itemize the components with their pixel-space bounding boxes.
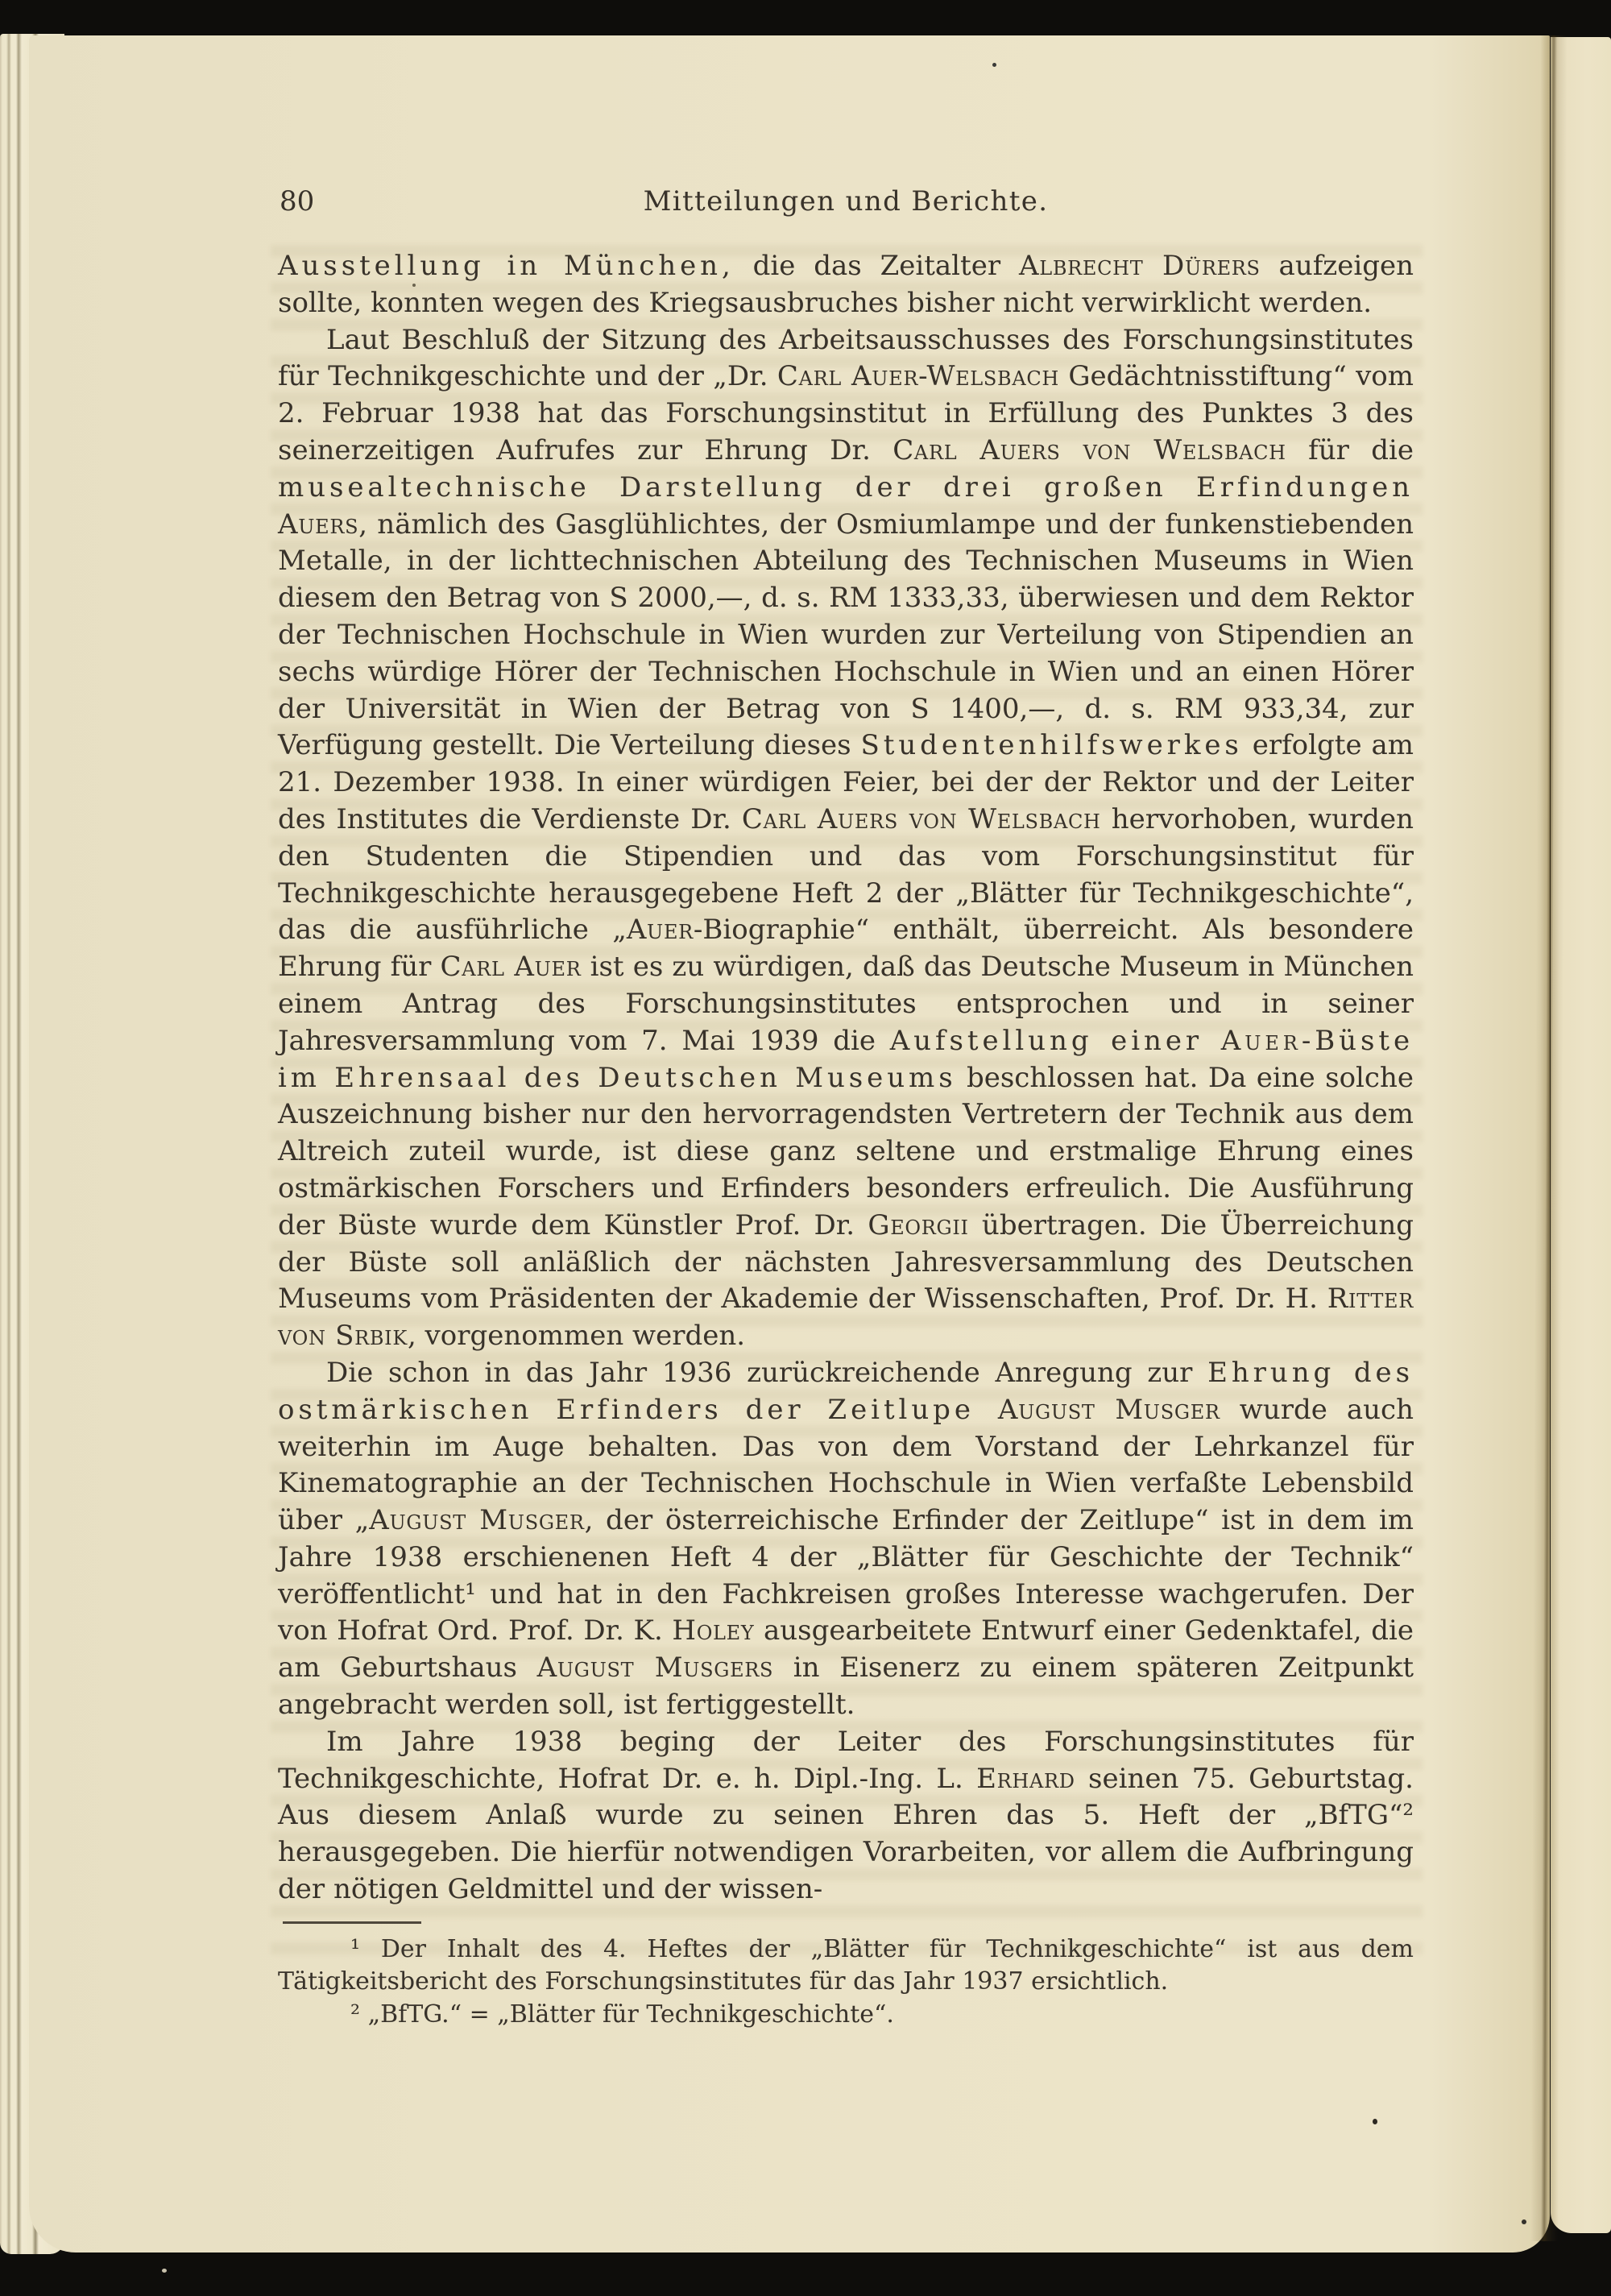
text-segment: Georgii bbox=[868, 1209, 968, 1241]
adjacent-page bbox=[1551, 37, 1611, 2233]
text-segment: August Musgers bbox=[537, 1652, 774, 1684]
text-segment: musealtechnische Darstellung der drei gr… bbox=[278, 471, 1414, 504]
text-segment: Erhard bbox=[976, 1763, 1075, 1795]
text-segment: Holey bbox=[672, 1614, 754, 1647]
text-segment: Albrecht Dürers bbox=[1019, 250, 1261, 282]
text-segment: für die bbox=[1286, 434, 1414, 466]
text-segment: Carl Auer bbox=[441, 951, 582, 983]
text-segment: Carl Auers von Welsbach bbox=[892, 434, 1286, 466]
text-segment: die das Zeitalter bbox=[735, 250, 1019, 282]
paragraph: Im Jahre 1938 beging der Leiter des Fors… bbox=[278, 1724, 1414, 1908]
scanned-book-photo: { "scan": { "background_color": "#0e0d0b… bbox=[0, 0, 1611, 2296]
paragraph: Laut Beschluß der Sitzung des Arbeitsaus… bbox=[278, 322, 1414, 1355]
footnote: ² „BfTG.“ = „Blätter für Technikgeschich… bbox=[278, 1999, 1414, 2032]
footnote: ¹ Der Inhalt des 4. Heftes der „Blätter … bbox=[278, 1933, 1414, 1999]
text-segment: August Musger bbox=[998, 1394, 1220, 1426]
footnotes: ¹ Der Inhalt des 4. Heftes der „Blätter … bbox=[278, 1933, 1414, 2032]
paragraph: Ausstellung in München, die das Zeitalte… bbox=[278, 248, 1414, 322]
page-content: 80 Mitteilungen und Berichte. Ausstellun… bbox=[29, 35, 1550, 2252]
paragraph: Die schon in das Jahr 1936 zurückreichen… bbox=[278, 1355, 1414, 1724]
body-text: Ausstellung in München, die das Zeitalte… bbox=[278, 248, 1414, 2031]
page-header: 80 Mitteilungen und Berichte. bbox=[278, 185, 1414, 221]
dust-speck bbox=[162, 2269, 167, 2273]
text-segment: August Musger bbox=[369, 1504, 584, 1536]
text-segment: Aufstellung einer bbox=[890, 1025, 1221, 1057]
text-segment: Auer bbox=[627, 914, 694, 946]
running-head: Mitteilungen und Berichte. bbox=[644, 185, 1049, 218]
footnote-rule bbox=[283, 1921, 421, 1924]
text-segment: Carl Auer-Welsbach bbox=[777, 360, 1059, 392]
book-page: 80 Mitteilungen und Berichte. Ausstellun… bbox=[29, 35, 1550, 2252]
text-segment: Ausstellung in München, bbox=[278, 250, 735, 282]
text-segment: Die schon in das Jahr 1936 zurückreichen… bbox=[326, 1357, 1207, 1389]
text-segment: Carl Auers von Welsbach bbox=[742, 803, 1101, 835]
text-segment: , vorgenommen werden. bbox=[408, 1320, 745, 1352]
text-segment: , nämlich des Gasglühlichtes, der Osmium… bbox=[278, 508, 1414, 762]
text-segment: Studentenhilfswerkes bbox=[861, 729, 1243, 761]
text-segment: Auers bbox=[278, 508, 358, 541]
page-number: 80 bbox=[280, 185, 314, 218]
text-segment: Auer bbox=[1221, 1025, 1302, 1057]
body-paragraphs: Ausstellung in München, die das Zeitalte… bbox=[278, 248, 1414, 1908]
